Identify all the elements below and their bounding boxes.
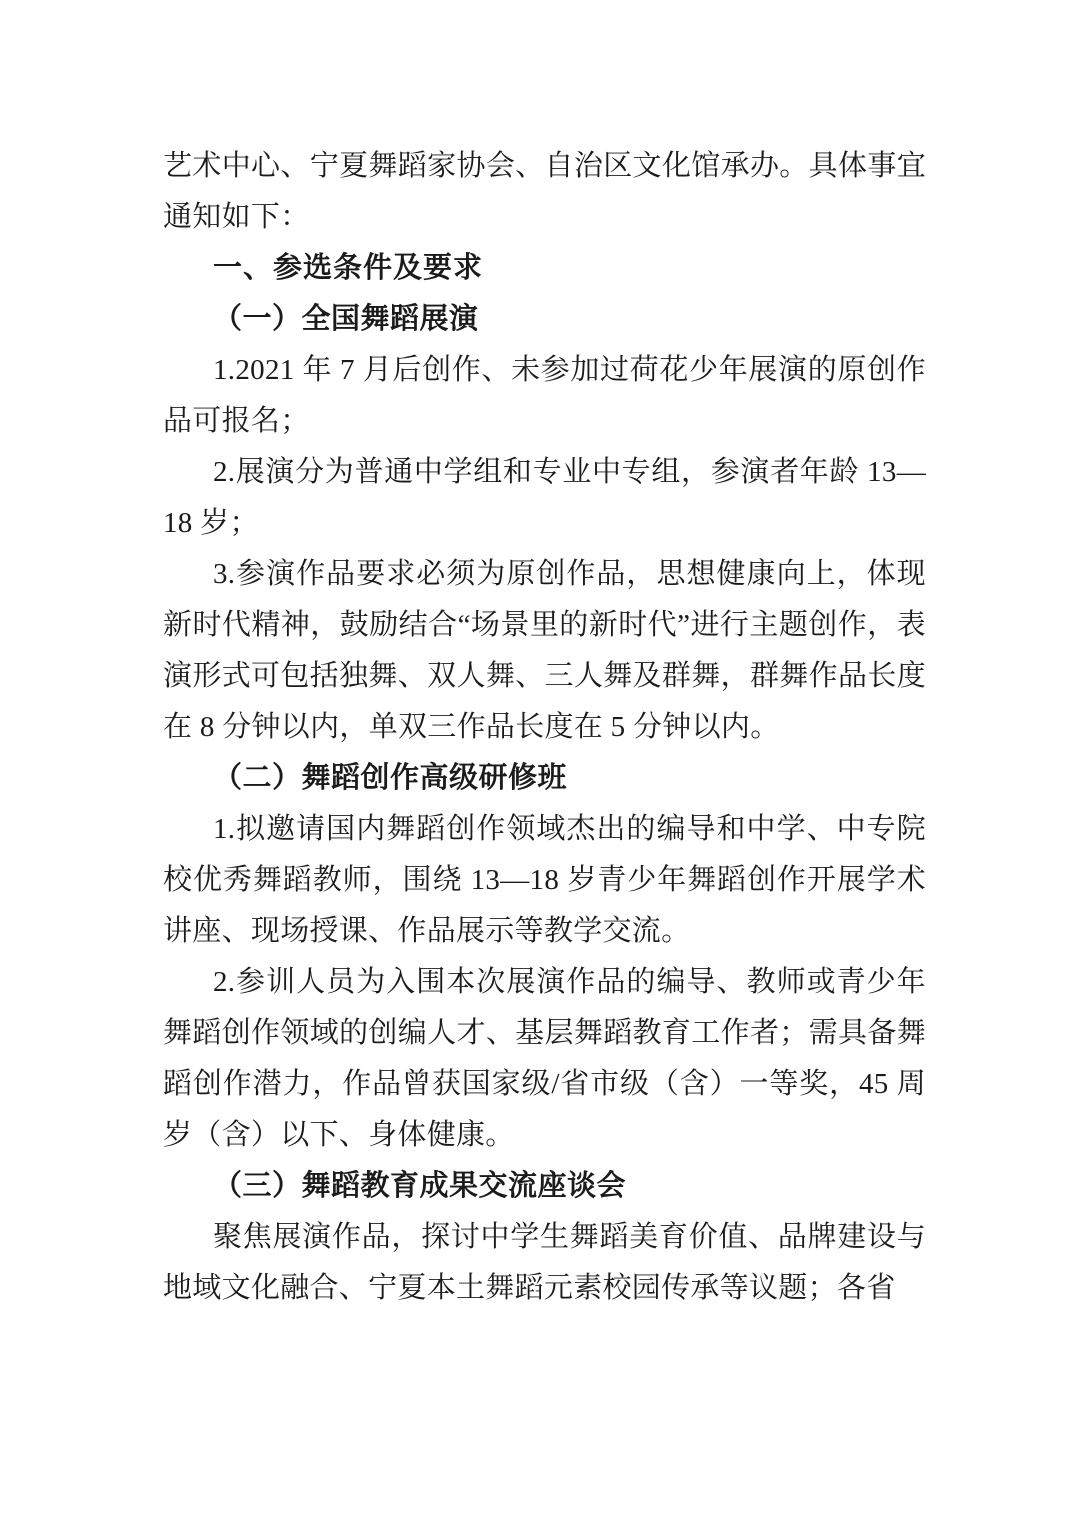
- paragraph-continuation-organizers: 艺术中心、宁夏舞蹈家协会、自治区文化馆承办。具体事宜通知如下：: [163, 141, 926, 243]
- paragraph-item-2-trainee-requirements: 2.参训人员为入围本次展演作品的编导、教师或青少年舞蹈创作领域的创编人才、基层舞…: [163, 957, 926, 1161]
- subsection-heading-national-dance-showcase: （一）全国舞蹈展演: [163, 294, 926, 345]
- subsection-heading-creation-seminar: （二）舞蹈创作高级研修班: [163, 753, 926, 804]
- document-body: 艺术中心、宁夏舞蹈家协会、自治区文化馆承办。具体事宜通知如下： 一、参选条件及要…: [163, 141, 926, 1314]
- paragraph-item-2-groups-age: 2.展演分为普通中学组和专业中专组，参演者年龄 13—18 岁；: [163, 447, 926, 549]
- paragraph-symposium-topics: 聚焦展演作品，探讨中学生舞蹈美育价值、品牌建设与地域文化融合、宁夏本土舞蹈元素校…: [163, 1212, 926, 1314]
- subsection-heading-education-symposium: （三）舞蹈教育成果交流座谈会: [163, 1161, 926, 1212]
- paragraph-item-1-invited-experts: 1.拟邀请国内舞蹈创作领域杰出的编导和中学、中专院校优秀舞蹈教师，围绕 13—1…: [163, 804, 926, 957]
- paragraph-item-3-work-requirements: 3.参演作品要求必须为原创作品，思想健康向上，体现新时代精神，鼓励结合“场景里的…: [163, 549, 926, 753]
- document-page: 艺术中心、宁夏舞蹈家协会、自治区文化馆承办。具体事宜通知如下： 一、参选条件及要…: [0, 0, 1080, 1527]
- section-heading-conditions: 一、参选条件及要求: [163, 243, 926, 294]
- paragraph-item-1-eligibility: 1.2021 年 7 月后创作、未参加过荷花少年展演的原创作品可报名；: [163, 345, 926, 447]
